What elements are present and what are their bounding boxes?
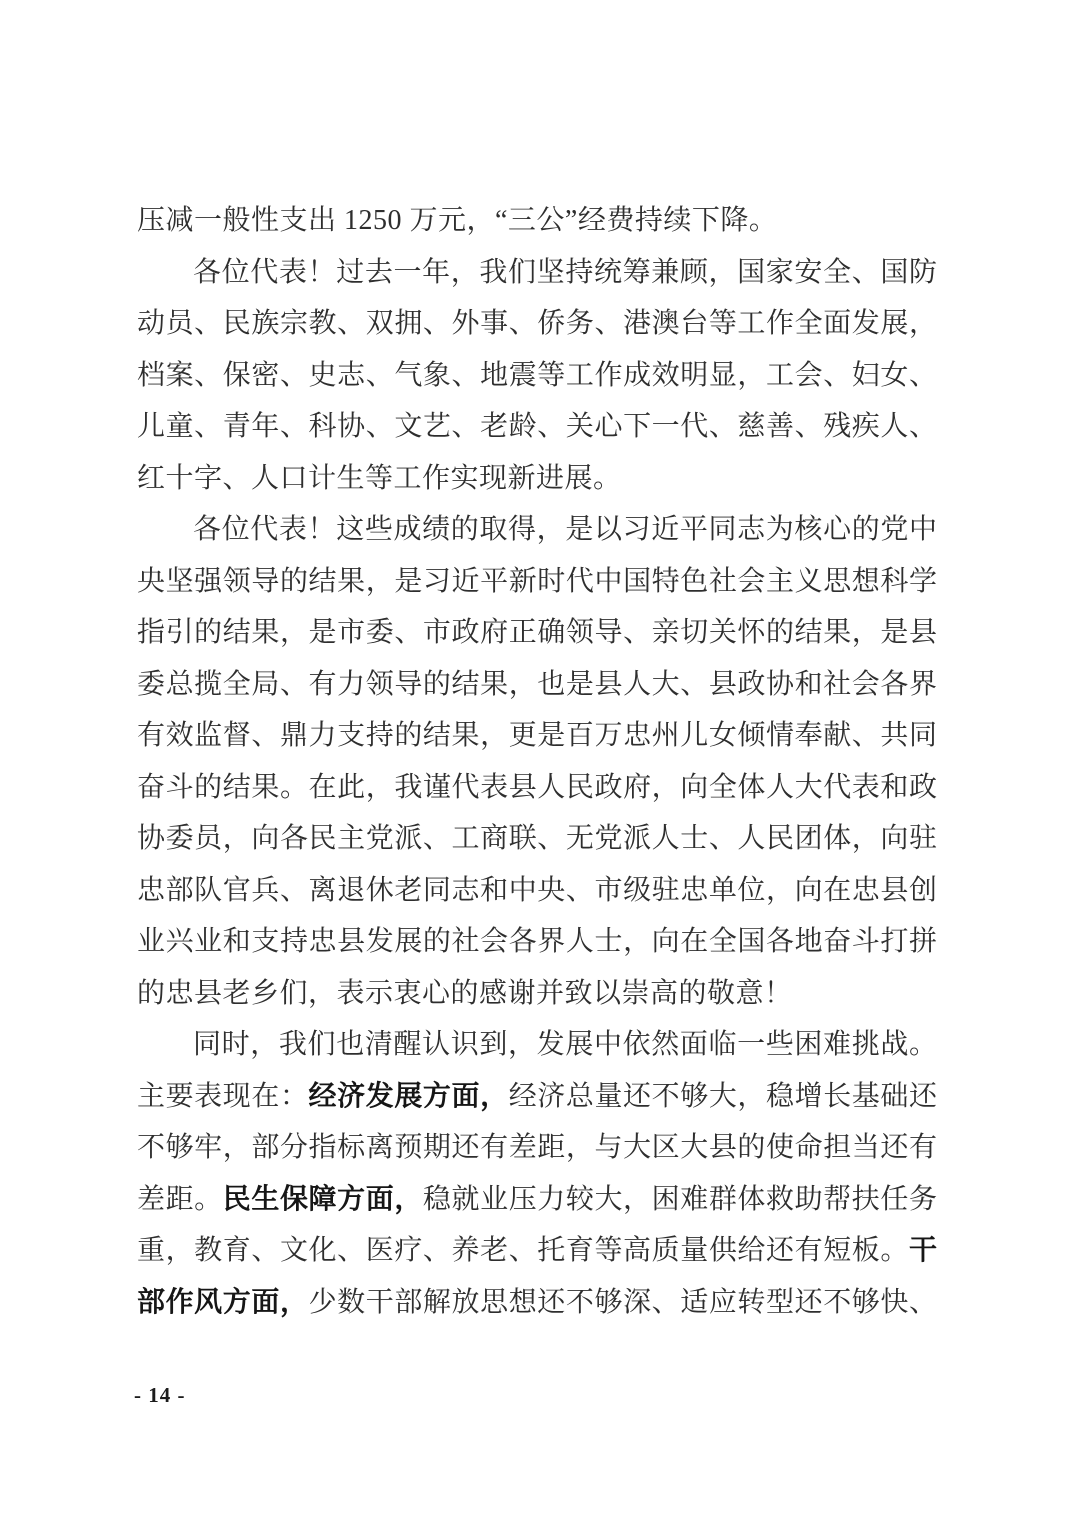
- body-text: 委总揽全局、有力领导的结果，也是县人大、县政协和社会各界: [137, 669, 937, 700]
- body-text: 央坚强领导的结果，是习近平新时代中国特色社会主义思想科学: [137, 566, 937, 597]
- body-text: 压减一般性支出 1250 万元，“三公”经费持续下降。: [137, 205, 777, 236]
- text-line: 央坚强领导的结果，是习近平新时代中国特色社会主义思想科学: [137, 556, 937, 608]
- body-text: 少数干部解放思想还不够深、适应转型还不够快、: [309, 1287, 937, 1318]
- text-line: 部作风方面，少数干部解放思想还不够深、适应转型还不够快、: [137, 1277, 937, 1329]
- body-text: 经济总量还不够大，稳增长基础还: [509, 1081, 937, 1112]
- text-line: 压减一般性支出 1250 万元，“三公”经费持续下降。: [137, 195, 937, 247]
- text-line: 档案、保密、史志、气象、地震等工作成效明显，工会、妇女、: [137, 350, 937, 402]
- text-line: 各位代表！这些成绩的取得，是以习近平同志为核心的党中: [137, 504, 937, 556]
- text-line: 红十字、人口计生等工作实现新进展。: [137, 453, 937, 505]
- body-text: 指引的结果，是市委、市政府正确领导、亲切关怀的结果，是县: [137, 617, 937, 648]
- body-text: 各位代表！这些成绩的取得，是以习近平同志为核心的党中: [193, 514, 937, 545]
- body-text: 不够牢，部分指标离预期还有差距，与大区大县的使命担当还有: [137, 1132, 937, 1163]
- text-line: 同时，我们也清醒认识到，发展中依然面临一些困难挑战。: [137, 1019, 937, 1071]
- text-line: 委总揽全局、有力领导的结果，也是县人大、县政协和社会各界: [137, 659, 937, 711]
- text-line: 指引的结果，是市委、市政府正确领导、亲切关怀的结果，是县: [137, 607, 937, 659]
- body-text: 差距。: [137, 1184, 223, 1215]
- body-text: 业兴业和支持忠县发展的社会各界人士，向在全国各地奋斗打拼: [137, 926, 937, 957]
- body-text: 红十字、人口计生等工作实现新进展。: [137, 463, 622, 494]
- page-number: - 14 -: [134, 1383, 186, 1407]
- text-line: 的忠县老乡们，表示衷心的感谢并致以崇高的敬意！: [137, 968, 937, 1020]
- body-text: 稳就业压力较大，困难群体救助帮扶任务: [423, 1184, 937, 1215]
- text-line: 不够牢，部分指标离预期还有差距，与大区大县的使命担当还有: [137, 1122, 937, 1174]
- emphasis-text: 民生保障方面，: [223, 1184, 423, 1215]
- body-text: 的忠县老乡们，表示衷心的感谢并致以崇高的敬意！: [137, 978, 793, 1009]
- text-line: 各位代表！过去一年，我们坚持统筹兼顾，国家安全、国防: [137, 247, 937, 299]
- body-text: 动员、民族宗教、双拥、外事、侨务、港澳台等工作全面发展，: [137, 308, 937, 339]
- body-text: 重，教育、文化、医疗、养老、托育等高质量供给还有短板。: [137, 1235, 909, 1266]
- text-line: 动员、民族宗教、双拥、外事、侨务、港澳台等工作全面发展，: [137, 298, 937, 350]
- body-text: 有效监督、鼎力支持的结果，更是百万忠州儿女倾情奉献、共同: [137, 720, 937, 751]
- emphasis-text: 经济发展方面，: [309, 1081, 509, 1112]
- text-line: 重，教育、文化、医疗、养老、托育等高质量供给还有短板。干: [137, 1225, 937, 1277]
- text-line: 奋斗的结果。在此，我谨代表县人民政府，向全体人大代表和政: [137, 762, 937, 814]
- body-text: 各位代表！过去一年，我们坚持统筹兼顾，国家安全、国防: [193, 257, 937, 288]
- emphasis-text: 干: [909, 1235, 937, 1266]
- body-text: 儿童、青年、科协、文艺、老龄、关心下一代、慈善、残疾人、: [137, 411, 937, 442]
- emphasis-text: 部作风方面，: [137, 1287, 309, 1318]
- text-line: 儿童、青年、科协、文艺、老龄、关心下一代、慈善、残疾人、: [137, 401, 937, 453]
- body-text: 协委员，向各民主党派、工商联、无党派人士、人民团体，向驻: [137, 823, 937, 854]
- document-body: 压减一般性支出 1250 万元，“三公”经费持续下降。各位代表！过去一年，我们坚…: [137, 195, 937, 1328]
- body-text: 主要表现在：: [137, 1081, 309, 1112]
- body-text: 档案、保密、史志、气象、地震等工作成效明显，工会、妇女、: [137, 360, 937, 391]
- body-text: 奋斗的结果。在此，我谨代表县人民政府，向全体人大代表和政: [137, 772, 937, 803]
- text-line: 忠部队官兵、离退休老同志和中央、市级驻忠单位，向在忠县创: [137, 865, 937, 917]
- body-text: 忠部队官兵、离退休老同志和中央、市级驻忠单位，向在忠县创: [137, 875, 937, 906]
- body-text: 同时，我们也清醒认识到，发展中依然面临一些困难挑战。: [193, 1029, 937, 1060]
- page-footer: - 14 -: [134, 1384, 186, 1406]
- document-page: 压减一般性支出 1250 万元，“三公”经费持续下降。各位代表！过去一年，我们坚…: [0, 0, 1074, 1520]
- text-line: 协委员，向各民主党派、工商联、无党派人士、人民团体，向驻: [137, 813, 937, 865]
- text-line: 业兴业和支持忠县发展的社会各界人士，向在全国各地奋斗打拼: [137, 916, 937, 968]
- text-line: 有效监督、鼎力支持的结果，更是百万忠州儿女倾情奉献、共同: [137, 710, 937, 762]
- text-line: 差距。民生保障方面，稳就业压力较大，困难群体救助帮扶任务: [137, 1174, 937, 1226]
- text-line: 主要表现在：经济发展方面，经济总量还不够大，稳增长基础还: [137, 1071, 937, 1123]
